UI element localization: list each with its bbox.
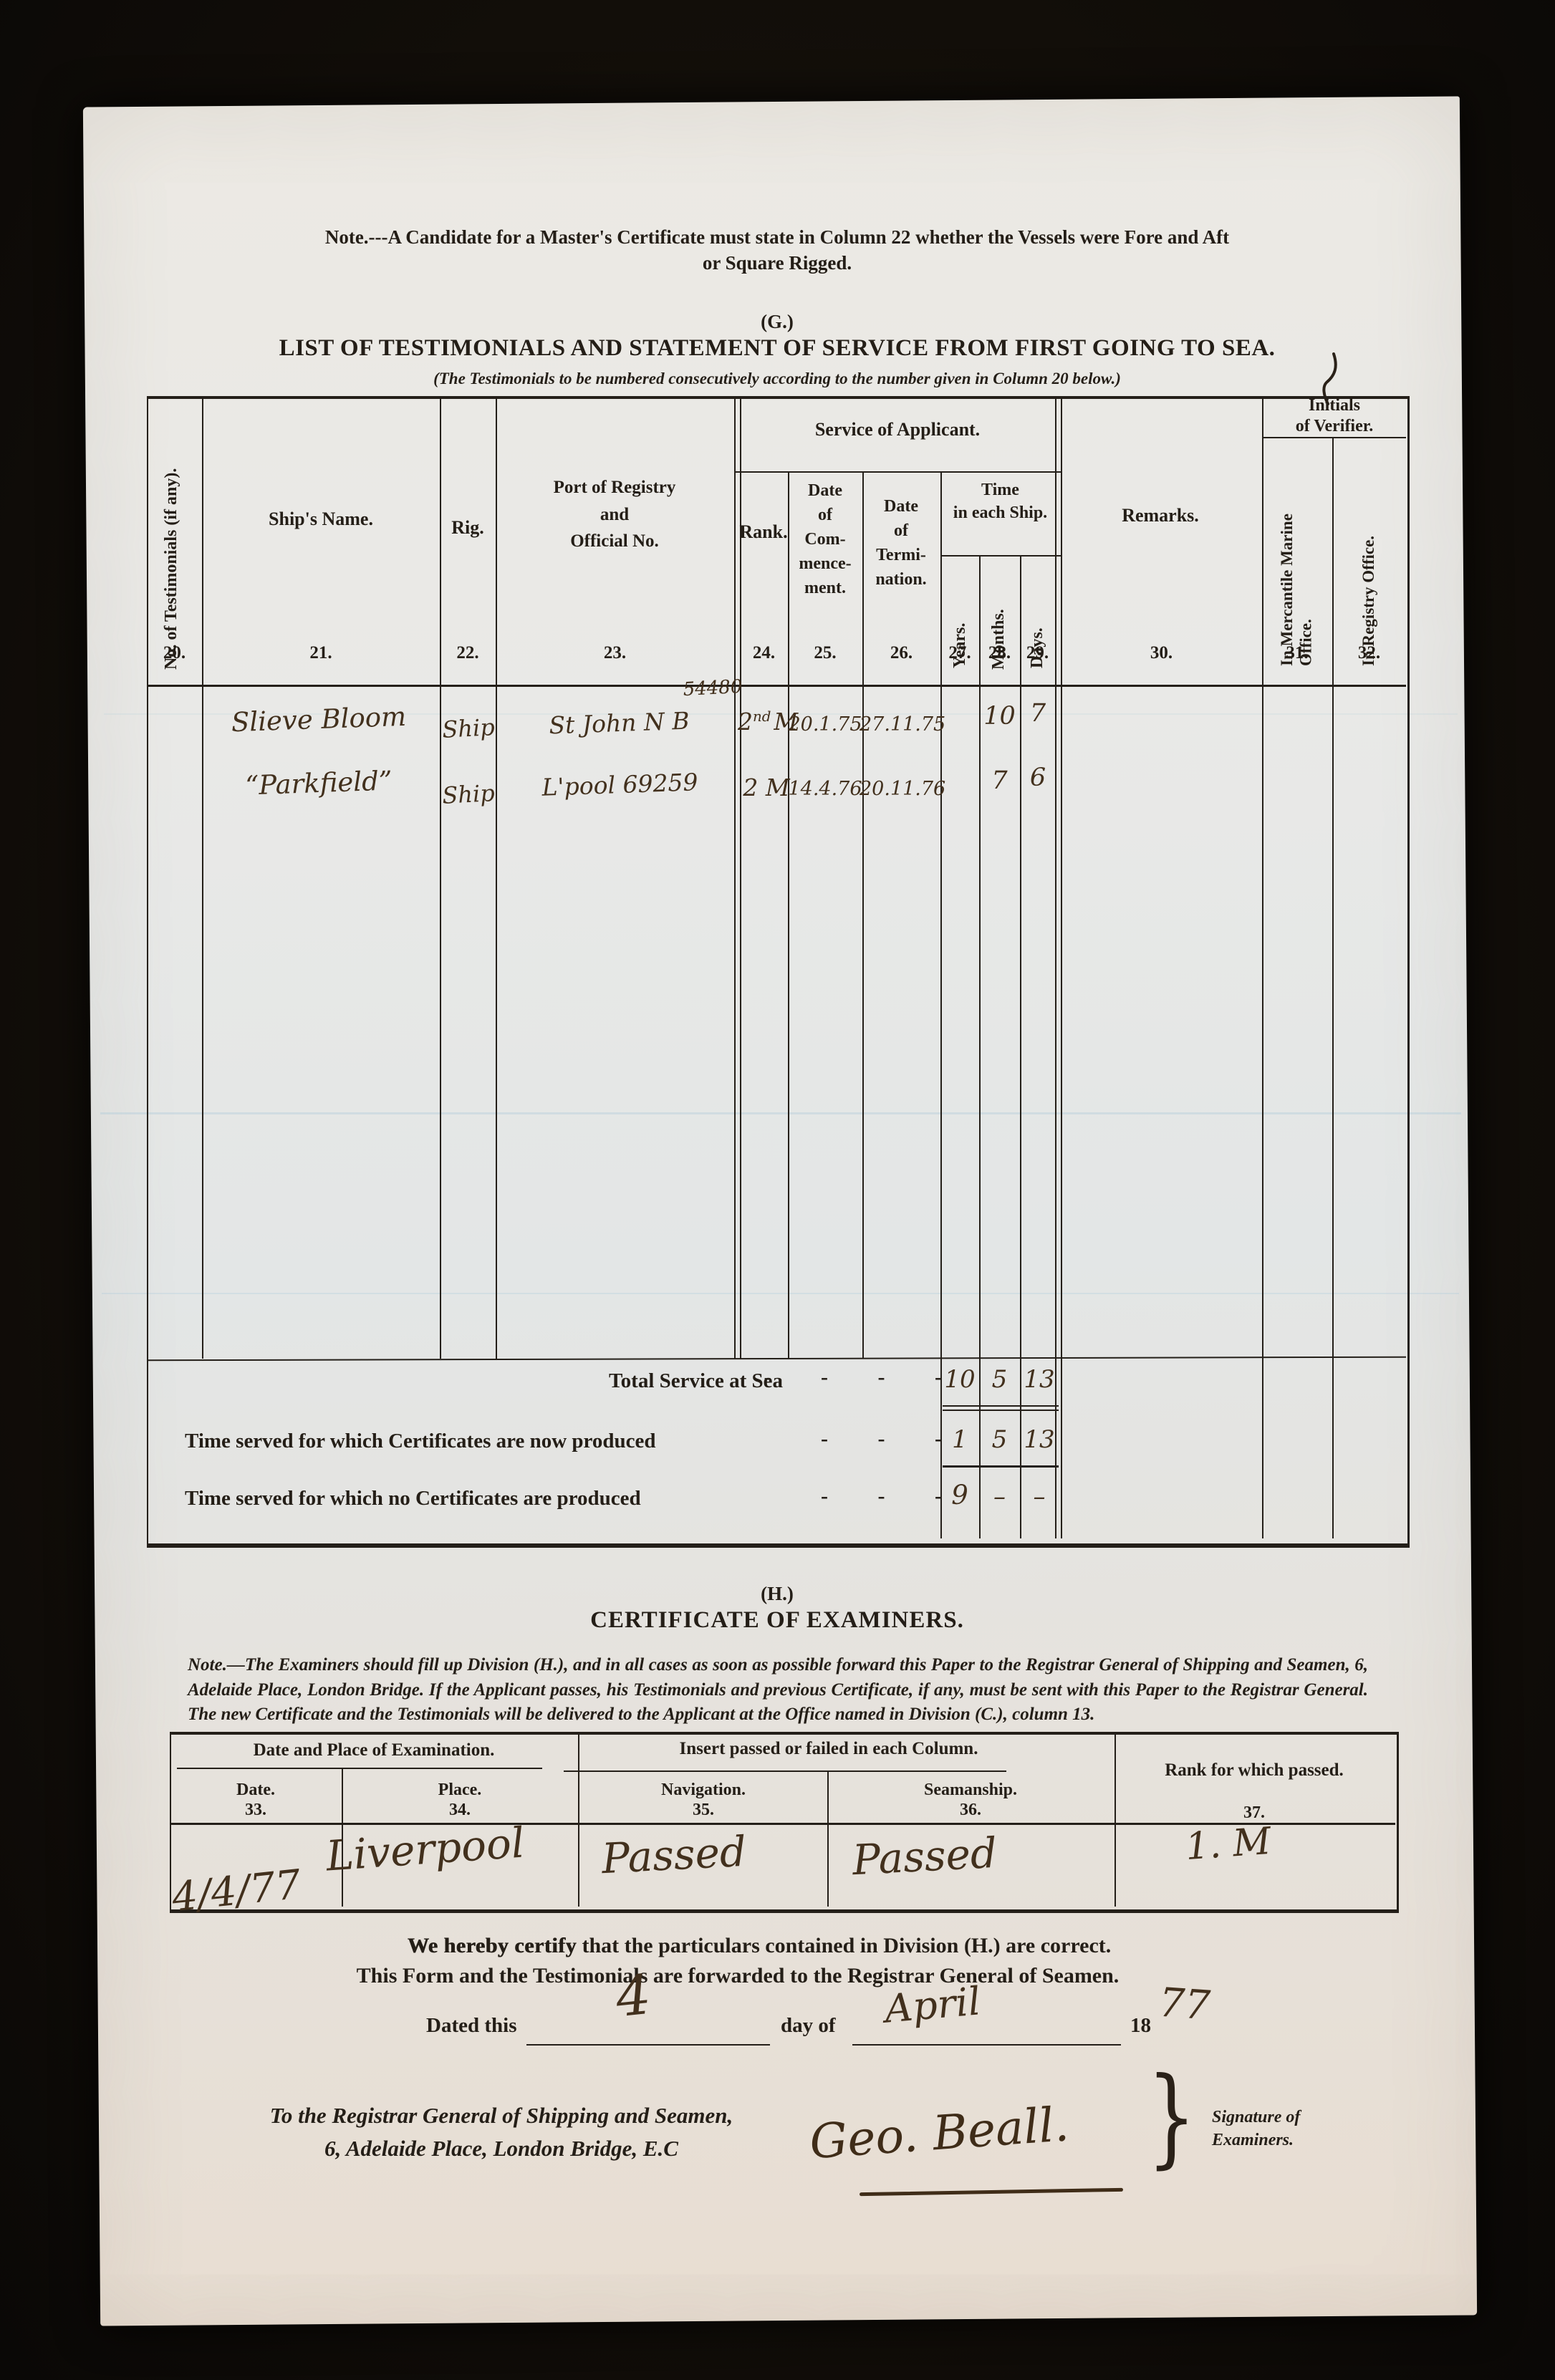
col33-number: 33. [206,1801,306,1820]
dated-month-value: April [883,1978,983,2031]
col20-number: 20. [147,643,202,663]
table-rule [734,399,736,1359]
table-rule [202,399,203,1359]
col21-header: Ship's Name. [249,509,393,530]
service-span-header: Service of Applicant. [754,419,1041,440]
col35-header: Navigation. [614,1781,793,1800]
page-title: LIST OF TESTIMONIALS AND STATEMENT OF SE… [143,335,1411,362]
col35-number: 35. [614,1801,793,1820]
col36-number: 36. [863,1801,1078,1820]
col31-header: In Mercantile Marine Office. [1278,455,1318,666]
col25-number: 25. [788,643,862,663]
table-rule [1262,437,1406,438]
addressee-line2: 6, Adelaide Place, London Bridge, E.C [179,2136,824,2162]
section-h-label: (H.) [168,1583,1386,1605]
total-service-years: 10 [940,1365,979,1394]
col30-header: Remarks. [1089,505,1232,526]
dated-day-value: 4 [612,1962,653,2030]
col20-header: No. of Testimonials (if any). [162,412,185,670]
top-note-line1: Note.---A Candidate for a Master's Certi… [168,226,1386,249]
table-rule [177,1768,542,1769]
addressee-line1: To the Registrar General of Shipping and… [179,2103,824,2129]
table-rule [440,399,441,1359]
certify-gothic-phrase: We hereby certify [408,1934,577,1957]
table-rule [827,1772,829,1907]
dated-prefix: Dated this [426,2014,516,2038]
col31-number: 31. [1262,643,1332,663]
col37-number: 37. [1136,1803,1372,1823]
dated-month-line [852,2044,1121,2046]
table-rule [147,685,1406,687]
total-service-days: 13 [1020,1365,1059,1394]
certs-produced-label: Time served for which Certificates are n… [185,1430,656,1453]
col26-number: 26. [862,643,940,663]
certs-produced-years: 1 [940,1425,979,1454]
no-certs-label: Time served for which no Certificates ar… [185,1487,641,1511]
exam-header-rank: Rank for which passed. [1136,1760,1372,1781]
dated-day-line [526,2044,770,2046]
row1-months: 10 [979,702,1020,731]
total-service-months: 5 [979,1365,1020,1394]
exam-rank-value: 1. M [1184,1820,1272,1869]
signature-of-examiners-label: Signature of Examiners. [1212,2106,1384,2152]
col32-header: In Registry Office. [1359,460,1380,666]
table-rule [496,399,497,1359]
row1-date-terminated: 27.11.75 [860,713,943,736]
section-g-label: (G.) [168,311,1386,333]
table-rule [740,399,741,1359]
certs-produced-days: 13 [1020,1425,1059,1454]
table-rule [564,1770,1006,1772]
table-rule [1332,438,1334,1538]
forward-line: This Form and the Testimonials are forwa… [165,1964,1311,1988]
col29-number: 29. [1020,643,1055,663]
no-certs-years: 9 [940,1480,979,1511]
table-rule [943,1410,1059,1411]
table-rule [943,1405,1059,1407]
exam-navigation-value: Passed [600,1827,747,1883]
dated-year-prefix: 18 [1130,2014,1151,2038]
row1-rig: Ship [432,713,505,743]
col22-number: 22. [440,643,496,663]
col25-header: Date of Com- mence- ment. [789,478,861,600]
exam-seamanship-value: Passed [851,1829,998,1884]
table-rule [1115,1732,1116,1907]
section-h-title: CERTIFICATE OF EXAMINERS. [168,1607,1386,1634]
time-span-header: Time in each Ship. [940,478,1060,525]
brace-glyph: } [1147,2046,1196,2189]
col26-header: Date of Termi- nation. [864,494,938,592]
row2-rig: Ship [432,779,505,809]
col30-number: 30. [1061,643,1262,663]
col33-header: Date. [206,1781,306,1800]
row2-months: 7 [979,766,1020,795]
row2-date-terminated: 20.11.76 [860,778,943,800]
total-service-dashes: - - - - [727,1365,942,1389]
no-certs-dashes: - - - [774,1484,942,1508]
no-certs-days: – [1020,1483,1059,1511]
table-rule [736,471,1061,473]
table-rule [578,1732,579,1907]
top-note-line2: or Square Rigged. [168,252,1386,274]
col21-number: 21. [202,643,440,663]
section-h-note: Note.—The Examiners should fill up Divis… [188,1653,1368,1728]
exam-header-date-place: Date and Place of Examination. [206,1740,542,1760]
col34-number: 34. [385,1801,535,1820]
dated-year-value: 77 [1157,1980,1212,2030]
table-rule [1061,399,1062,1538]
no-certs-months: – [979,1483,1020,1511]
col34-header: Place. [385,1781,535,1800]
col23-number: 23. [496,643,734,663]
row1-days: 7 [1020,699,1056,728]
col28-number: 28. [979,643,1020,663]
certs-produced-months: 5 [979,1425,1020,1454]
scanned-document-page: Note.---A Candidate for a Master's Certi… [0,0,1555,2380]
table-rule [943,1465,1059,1468]
row1-date-commenced: 20.1.75 [785,713,865,736]
col36-header: Seamanship. [863,1781,1078,1800]
col32-number: 32. [1332,643,1406,663]
col23-header: Port of Registry and Official No. [543,474,686,555]
col22-header: Rig. [432,517,504,539]
col24-header: Rank. [728,521,799,543]
table-rule [1262,399,1263,1538]
certs-produced-dashes: - - - [784,1427,942,1451]
exam-header-pass-fail: Insert passed or failed in each Column. [614,1739,1044,1759]
table-rule [788,473,789,1359]
col27-number: 27. [940,643,979,663]
row2-date-commenced: 14.4.76 [785,778,865,800]
certify-line: We hereby certify that the particulars c… [186,1934,1332,1958]
page-subtitle: (The Testimonials to be numbered consecu… [168,370,1386,388]
verifier-span-header: Initials of Verifier. [1264,395,1405,437]
row2-days: 6 [1020,763,1056,792]
dated-mid: day of [781,2014,836,2038]
table-rule [862,473,864,1359]
row1-official-number: 54480 [669,675,756,701]
col24-number: 24. [740,643,788,663]
